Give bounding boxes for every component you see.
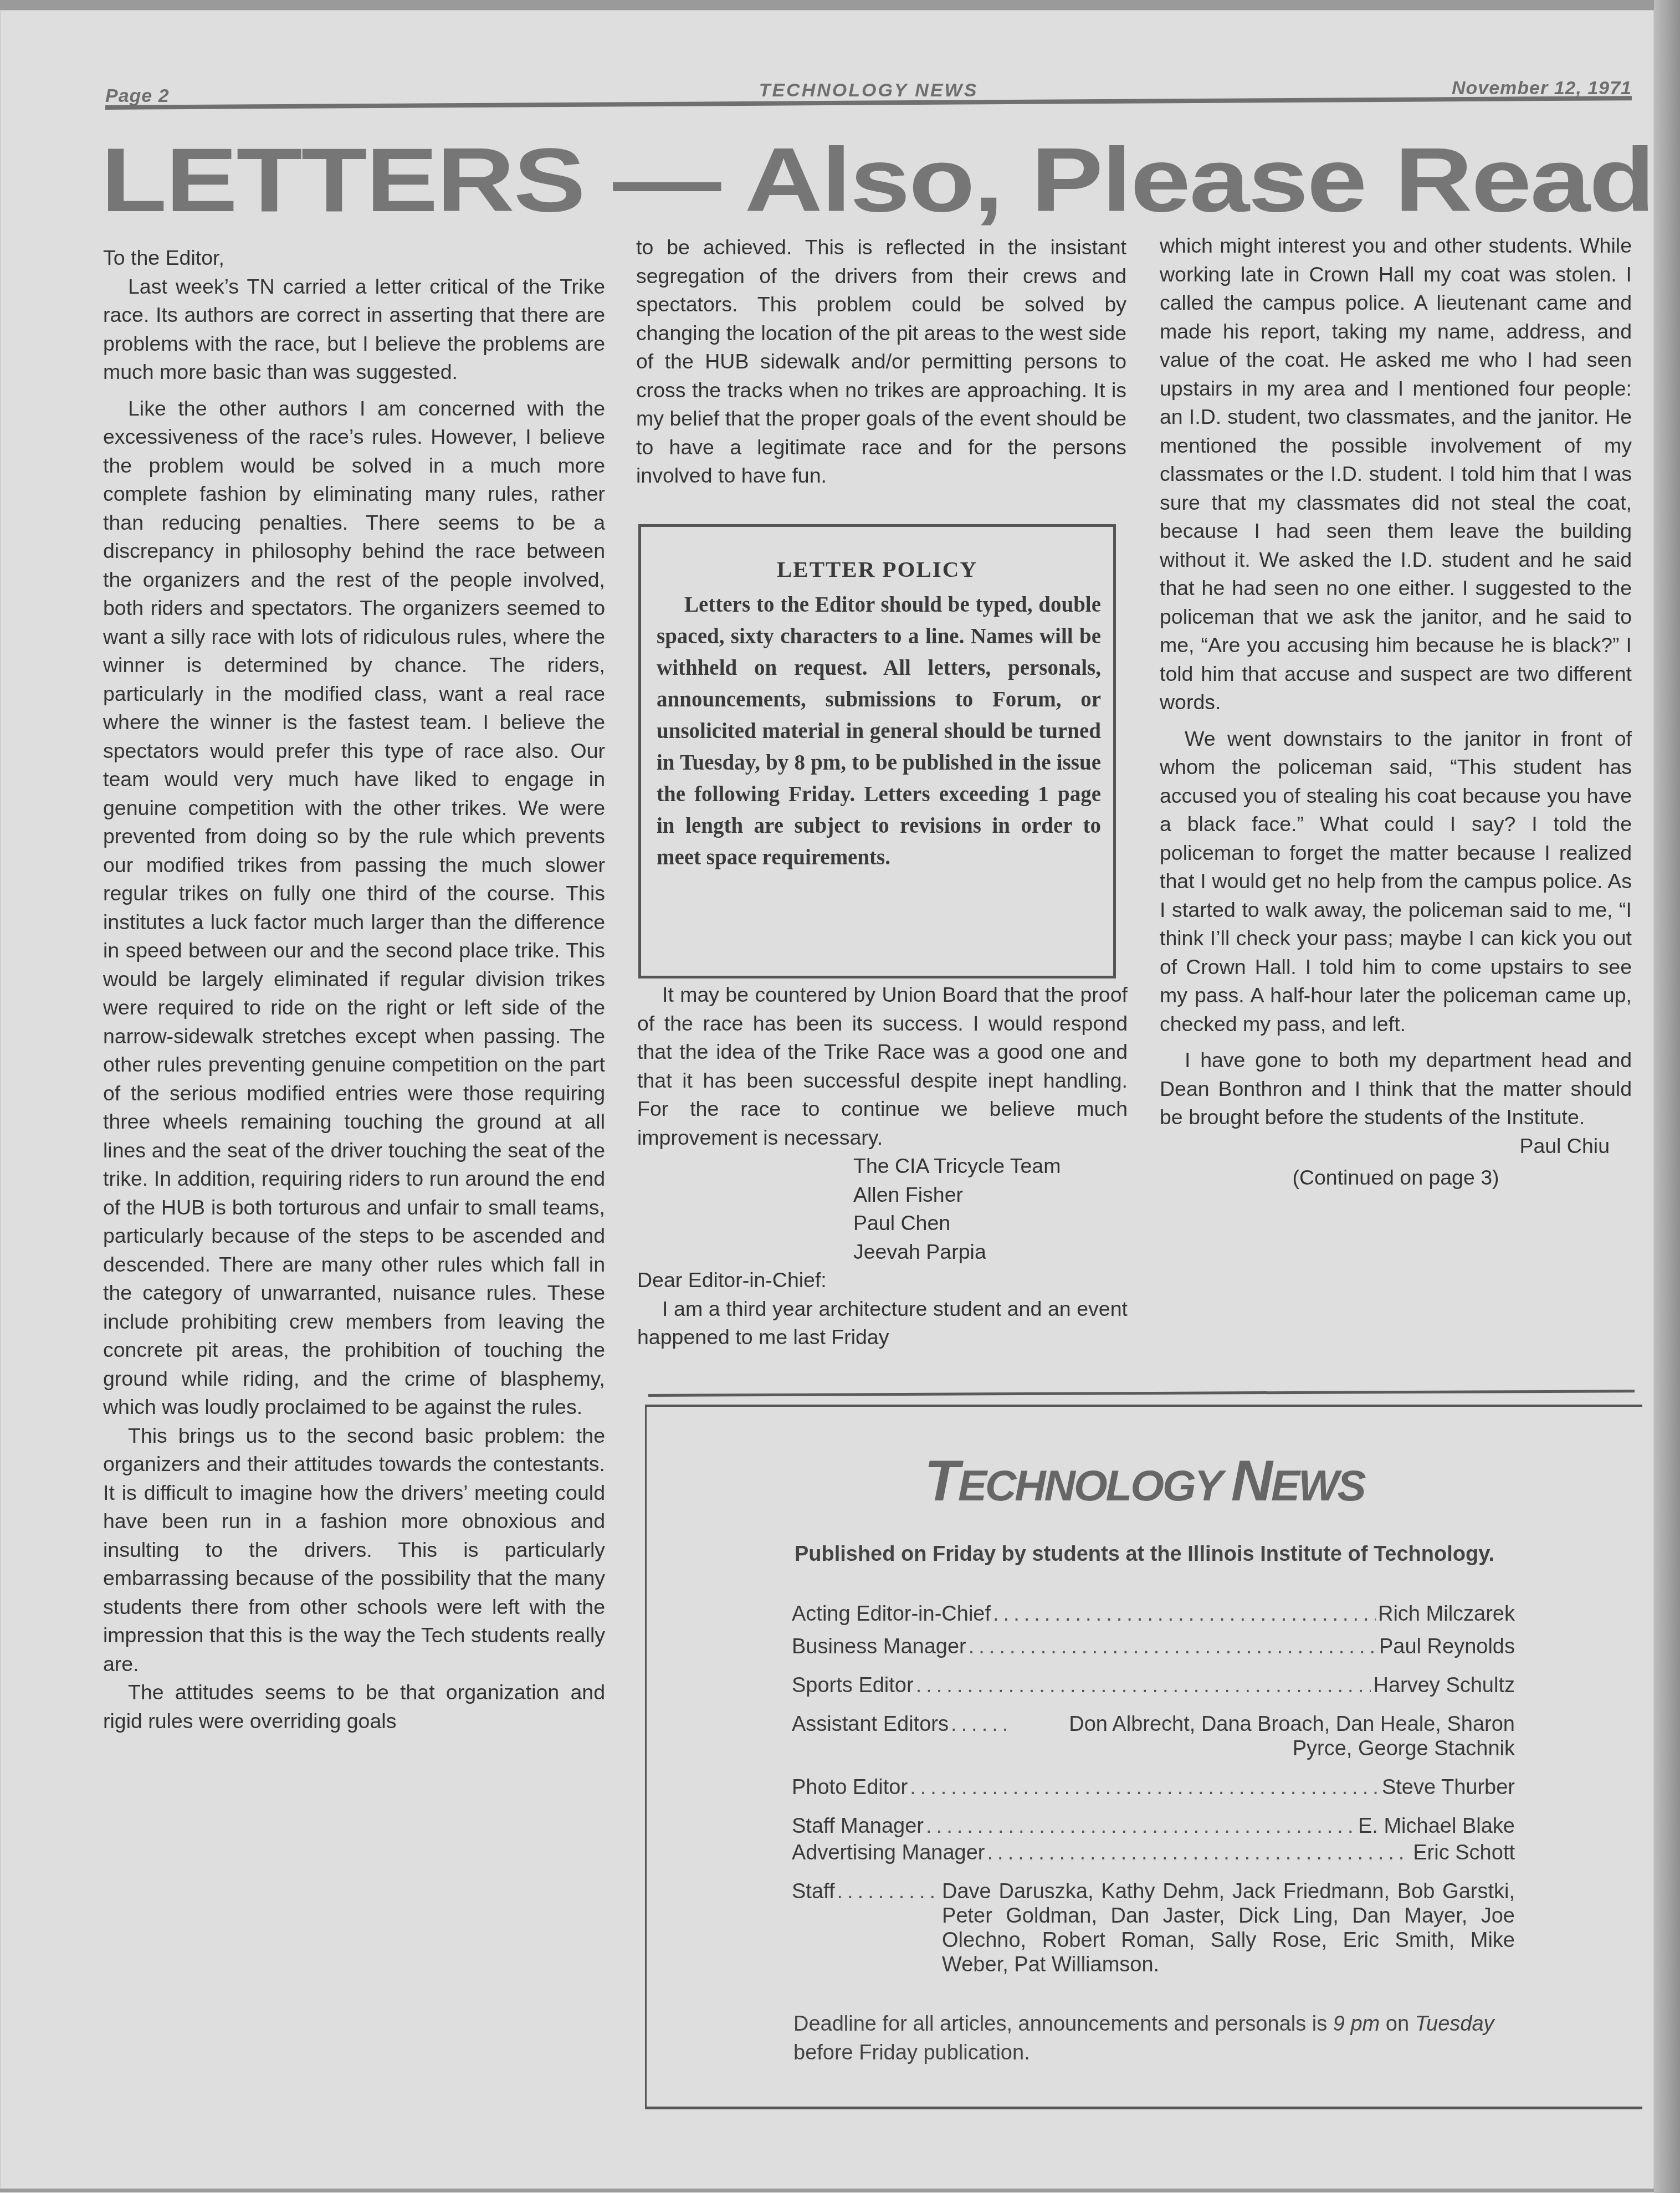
letter1-continuation: It may be countered by Union Board that … <box>637 981 1128 1352</box>
leader-dots: .......... <box>837 1879 940 1904</box>
staff-name: E. Michael Blake <box>1358 1814 1515 1838</box>
staff-row: Staff .......... Dave Daruszka, Kathy De… <box>792 1879 1515 1977</box>
letter1-column-1: To the Editor, Last week’s TN carried a … <box>103 244 605 1735</box>
salutation: To the Editor, <box>103 244 605 273</box>
leader-dots: ........................................… <box>993 1602 1376 1626</box>
signature-name: Allen Fisher <box>637 1181 1128 1210</box>
logo-letter: T <box>924 1449 958 1513</box>
deadline-text: on <box>1380 2012 1415 2036</box>
paragraph: This brings us to the second basic probl… <box>103 1422 605 1679</box>
staff-role: Photo Editor <box>792 1775 908 1800</box>
deadline-day: Tuesday <box>1415 2012 1494 2036</box>
staff-row: Sports Editor ..........................… <box>792 1673 1515 1698</box>
deadline-text: Deadline for all articles, announcements… <box>793 2012 1333 2036</box>
paragraph: to be achieved. This is reflected in the… <box>636 233 1126 490</box>
staff-name: Rich Milczarek <box>1378 1602 1515 1626</box>
masthead-box: TECHNOLOGY NEWS Published on Friday by s… <box>645 1405 1642 2109</box>
paragraph: I have gone to both my department head a… <box>1160 1046 1632 1132</box>
paragraph: I am a third year architecture student a… <box>637 1295 1128 1352</box>
paragraph: We went downstairs to the janitor in fro… <box>1160 725 1632 1039</box>
staff-role: Advertising Manager <box>792 1841 985 1865</box>
staff-name: Don Albrecht, Dana Broach, Dan Heale, Sh… <box>1015 1712 1515 1761</box>
staff-row: Acting Editor-in-Chief .................… <box>792 1602 1515 1626</box>
staff-role: Acting Editor-in-Chief <box>792 1602 991 1626</box>
staff-role: Assistant Editors <box>792 1712 949 1736</box>
leader-dots: ...... <box>951 1712 1012 1736</box>
staff-role: Staff Manager <box>792 1814 924 1838</box>
staff-row: Assistant Editors ...... Don Albrecht, D… <box>792 1712 1515 1761</box>
leader-dots: ........................................… <box>926 1814 1356 1838</box>
masthead-rule <box>648 1390 1635 1397</box>
logo-letters: ECHNOLOGY <box>958 1461 1231 1510</box>
letter1-column-2: to be achieved. This is reflected in the… <box>636 233 1126 490</box>
staff-row: Staff Manager ..........................… <box>792 1814 1515 1838</box>
staff-role: Staff <box>792 1879 834 1904</box>
signature-name: Paul Chen <box>637 1209 1128 1238</box>
deadline-text: before Friday publication. <box>793 2041 1030 2064</box>
staff-row: Advertising Manager ....................… <box>792 1841 1515 1865</box>
signature-name: Jeevah Parpia <box>637 1238 1128 1267</box>
paragraph: The attitudes seems to be that organizat… <box>103 1678 605 1735</box>
signature-team: The CIA Tricycle Team <box>637 1152 1128 1181</box>
deadline-notice: Deadline for all articles, announcements… <box>793 2010 1514 2067</box>
signature-name: Paul Chiu <box>1160 1132 1632 1161</box>
letter-policy-box: LETTER POLICY Letters to the Editor shou… <box>638 524 1116 978</box>
staff-listing: Acting Editor-in-Chief .................… <box>792 1602 1515 1985</box>
logo-letter: N <box>1231 1449 1271 1513</box>
salutation: Dear Editor-in-Chief: <box>637 1266 1128 1295</box>
staff-row: Photo Editor ...........................… <box>792 1775 1515 1800</box>
staff-row: Business Manager .......................… <box>792 1634 1515 1659</box>
letter-policy-title: LETTER POLICY <box>641 556 1113 582</box>
letter-policy-text: Letters to the Editor should be typed, d… <box>657 589 1101 873</box>
letter2-column-3: which might interest you and other stude… <box>1160 232 1632 1192</box>
staff-role: Business Manager <box>792 1634 966 1659</box>
staff-name: Paul Reynolds <box>1379 1634 1515 1659</box>
staff-name: Steve Thurber <box>1382 1775 1515 1800</box>
paragraph: Like the other authors I am concerned wi… <box>103 394 605 1422</box>
continued-notice: (Continued on page 3) <box>1160 1164 1632 1192</box>
leader-dots: ........................................… <box>916 1673 1371 1698</box>
leader-dots: ........................................… <box>987 1841 1411 1865</box>
logo-letters: EWS <box>1271 1461 1365 1510</box>
page-headline: LETTERS — Also, Please Read the Box <box>101 133 1680 227</box>
page-bottom-edge <box>0 2189 1654 2192</box>
deadline-time: 9 pm <box>1333 2012 1380 2036</box>
scan-edge <box>1654 0 1680 2193</box>
leader-dots: ........................................… <box>910 1775 1380 1800</box>
newspaper-page: Page 2 TECHNOLOGY NEWS November 12, 1971… <box>0 10 1654 2193</box>
paragraph: which might interest you and other stude… <box>1160 232 1632 717</box>
leader-dots: ........................................… <box>969 1634 1377 1659</box>
staff-name: Eric Schott <box>1413 1841 1515 1865</box>
staff-role: Sports Editor <box>792 1673 914 1698</box>
letter-policy-body: Letters to the Editor should be typed, d… <box>657 589 1101 873</box>
staff-name: Dave Daruszka, Kathy Dehm, Jack Friedman… <box>942 1879 1515 1977</box>
paragraph: It may be countered by Union Board that … <box>637 981 1128 1152</box>
publication-statement: Published on Friday by students at the I… <box>647 1543 1642 1566</box>
staff-name: Harvey Schultz <box>1373 1673 1515 1698</box>
masthead-logo: TECHNOLOGY NEWS <box>647 1448 1642 1514</box>
paragraph: Last week’s TN carried a letter critical… <box>103 273 605 387</box>
